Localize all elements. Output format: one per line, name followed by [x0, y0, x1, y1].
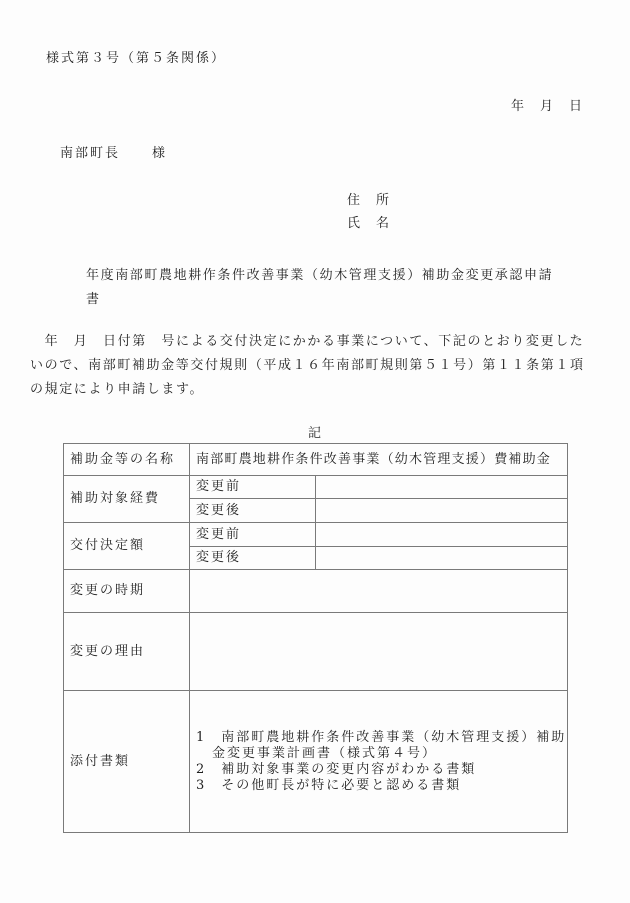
label-eligible-cost: 補助対象経費 — [64, 476, 190, 523]
body-paragraph: 年 月 日付第 号による交付決定にかかる事業について、下記のとおり変更したいので… — [30, 330, 590, 402]
table-row-change-reason: 変更の理由 — [64, 613, 568, 691]
label-attachments: 添付書類 — [64, 691, 190, 833]
label-after: 変更後 — [190, 547, 316, 570]
address-label-char: 住 — [347, 193, 360, 209]
value-subsidy-name: 南部町農地耕作条件改善事業（幼木管理支援）費補助金 — [190, 444, 568, 476]
ki-heading: 記 — [308, 426, 321, 442]
attachment-item-3: 3 その他町長が特に必要と認める書類 — [196, 778, 561, 794]
date-day[interactable]: 日 — [569, 99, 582, 115]
table-row-subsidy-name: 補助金等の名称 南部町農地耕作条件改善事業（幼木管理支援）費補助金 — [64, 444, 568, 476]
applicant-name-field[interactable]: 氏名 — [347, 216, 389, 232]
input-grant-amount-after[interactable] — [316, 547, 568, 570]
detail-table: 補助金等の名称 南部町農地耕作条件改善事業（幼木管理支援）費補助金 補助対象経費… — [63, 443, 568, 833]
table-row-eligible-cost-before: 補助対象経費 変更前 — [64, 476, 568, 499]
input-change-timing[interactable] — [190, 570, 568, 613]
attachment-item-2: 2 補助対象事業の変更内容がわかる書類 — [196, 762, 561, 778]
name-label-char: 氏 — [347, 216, 360, 232]
addressee-name: 南部町長 — [60, 146, 120, 161]
input-change-reason[interactable] — [190, 613, 568, 691]
name-label-char: 名 — [376, 216, 389, 232]
addressee-honorific: 様 — [152, 146, 167, 161]
label-change-timing: 変更の時期 — [64, 570, 190, 613]
addressee: 南部町長様 — [60, 146, 167, 162]
address-label-char: 所 — [376, 193, 389, 209]
date-year[interactable]: 年 — [511, 99, 524, 115]
label-before: 変更前 — [190, 476, 316, 499]
input-eligible-cost-before[interactable] — [316, 476, 568, 499]
label-subsidy-name: 補助金等の名称 — [64, 444, 190, 476]
input-eligible-cost-after[interactable] — [316, 499, 568, 523]
attachment-item-1: 1 南部町農地耕作条件改善事業（幼木管理支援）補助 — [196, 730, 561, 746]
table-row-change-timing: 変更の時期 — [64, 570, 568, 613]
input-grant-amount-before[interactable] — [316, 523, 568, 547]
document-title: 年度南部町農地耕作条件改善事業（幼木管理支援）補助金変更承認申請書 — [86, 264, 556, 312]
label-before: 変更前 — [190, 523, 316, 547]
date-line: 年月日 — [511, 99, 582, 115]
attachment-item-1-cont: 金変更事業計画書（様式第４号） — [196, 746, 561, 762]
label-change-reason: 変更の理由 — [64, 613, 190, 691]
applicant-address-field[interactable]: 住所 — [347, 193, 389, 209]
label-after: 変更後 — [190, 499, 316, 523]
attachments-list: 1 南部町農地耕作条件改善事業（幼木管理支援）補助 金変更事業計画書（様式第４号… — [190, 691, 568, 833]
date-month[interactable]: 月 — [540, 99, 553, 115]
form-number: 様式第３号（第５条関係） — [46, 51, 226, 67]
table-row-grant-amount-before: 交付決定額 変更前 — [64, 523, 568, 547]
table-row-attachments: 添付書類 1 南部町農地耕作条件改善事業（幼木管理支援）補助 金変更事業計画書（… — [64, 691, 568, 833]
label-grant-amount: 交付決定額 — [64, 523, 190, 570]
